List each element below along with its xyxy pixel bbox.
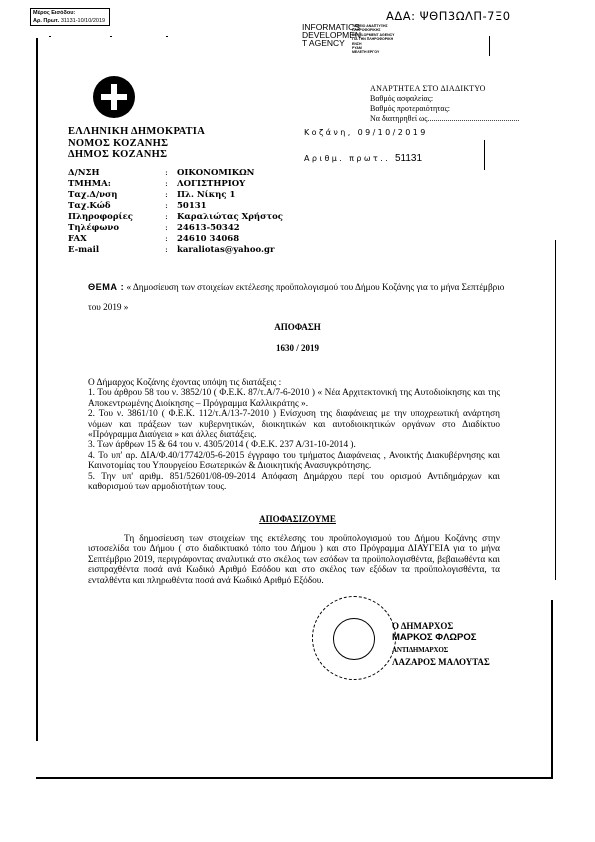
publication-title: ΑΝΑΡΤΗΤΕΑ ΣΤΟ ΔΙΑΔΙΚΤΥΟ	[370, 84, 519, 94]
contact-label: ΤΜΗΜΑ:	[68, 179, 165, 190]
resolution-title: ΑΠΟΦΑΣΙΖΟΥΜΕ	[40, 514, 555, 524]
contact-label: FAX	[68, 234, 165, 245]
agency-small-line: ΜΕΛΕΤΗ ΕΡΓΟΥ	[352, 50, 394, 54]
margin-mark	[484, 140, 485, 170]
margin-mark	[489, 36, 490, 56]
contact-row: FAX:24610 34068	[68, 234, 283, 245]
tick-mark	[166, 36, 168, 37]
agency-small-text: ΤΑΜΕΙΟ ΑΝΑΠΤΥΞΗΣ ΠΛΗΡΟΦΟΡΙΚΗΣ DEVELOPMEN…	[352, 24, 394, 55]
considerations-intro: Ο Δήμαρχος Κοζάνης έχοντας υπόψη τις δια…	[88, 378, 500, 388]
contact-label: Δ/ΝΣΗ	[68, 168, 165, 179]
mayor-name: ΛΑΖΑΡΟΣ ΜΑΛΟΥΤΑΣ	[392, 656, 490, 668]
retention: Να διατηρηθεί ως........................…	[370, 114, 519, 124]
contact-row: Δ/ΝΣΗ:ΟΙΚΟΝΟΜΙΚΩΝ	[68, 168, 283, 179]
contact-value: karaliotas@yahoo.gr	[177, 245, 274, 256]
registry-number: Αρ. Πρωτ. 31131-10/10/2019	[33, 17, 107, 25]
date-line: Κοζάνη, 09/10/2019	[304, 128, 428, 137]
contact-value: ΟΙΚΟΝΟΜΙΚΩΝ	[177, 168, 254, 179]
deputy-role: ΑΝΤΙΔΗΜΑΡΧΟΣ	[392, 644, 490, 656]
contact-row: Πληροφορίες:Καραλιώτας Χρήστος	[68, 212, 283, 223]
contact-row: Ταχ.Κώδ:50131	[68, 201, 283, 212]
contact-label: Ταχ.Κώδ	[68, 201, 165, 212]
subject: ΘΕΜΑ : « Δημοσίευση των στοιχείων εκτέλε…	[88, 277, 518, 317]
priority-level: Βαθμός προτεραιότητας:	[370, 104, 519, 114]
deputy-name: ΜΑΡΚΟΣ ΦΛΩΡΟΣ	[392, 632, 490, 644]
consideration-item: 1. Του άρθρου 58 του ν. 3852/10 ( Φ.Ε.Κ.…	[88, 388, 500, 409]
contact-row: Τηλέφωνο:24613-50342	[68, 223, 283, 234]
agency-small-line: ΓΙΑ ΤΗΝ ΠΛΗΡΟΦΟΡΙΚΗ	[352, 37, 394, 41]
publication-block: ΑΝΑΡΤΗΤΕΑ ΣΤΟ ΔΙΑΔΙΚΤΥΟ Βαθμός ασφαλείας…	[370, 84, 519, 124]
contact-label: Ταχ.Δ/νση	[68, 190, 165, 201]
seal-emblem-icon	[333, 618, 375, 660]
contact-label: Τηλέφωνο	[68, 223, 165, 234]
contact-info: Δ/ΝΣΗ:ΟΙΚΟΝΟΜΙΚΩΝ ΤΜΗΜΑ::ΛΟΓΙΣΤΗΡΙΟΥ Ταχ…	[68, 168, 283, 256]
tick-mark	[49, 36, 51, 37]
frame-line-right-upper	[555, 240, 556, 580]
security-level: Βαθμός ασφαλείας:	[370, 94, 519, 104]
frame-line-bottom	[36, 777, 552, 779]
signature-block: Ο ΔΗΜΑΡΧΟΣ ΜΑΡΚΟΣ ΦΛΩΡΟΣ ΑΝΤΙΔΗΜΑΡΧΟΣ ΛΑ…	[392, 620, 490, 668]
municipality-name: ΔΗΜΟΣ ΚΟΖΑΝΗΣ	[68, 149, 205, 161]
contact-row: E-mail:karaliotas@yahoo.gr	[68, 245, 283, 256]
contact-value: 24613-50342	[177, 223, 240, 234]
protocol-number: 51131	[395, 153, 422, 164]
contact-label: Πληροφορίες	[68, 212, 165, 223]
contact-value: 24610 34068	[177, 234, 239, 245]
frame-line-left	[36, 38, 38, 741]
resolution-text: Τη δημοσίευση των στοιχείων της εκτέλεση…	[88, 534, 500, 586]
contact-row: ΤΜΗΜΑ::ΛΟΓΙΣΤΗΡΙΟΥ	[68, 179, 283, 190]
contact-value: ΛΟΓΙΣΤΗΡΙΟΥ	[177, 179, 245, 190]
country-name: ΕΛΛΗΝΙΚΗ ΔΗΜΟΚΡΑΤΙΑ	[68, 126, 205, 138]
consideration-item: 2. Του ν. 3861/10 ( Φ.Ε.Κ. 112/τ.Α/13-7-…	[88, 409, 500, 440]
contact-value: 50131	[177, 201, 207, 212]
contact-row: Ταχ.Δ/νση:Πλ. Νίκης 1	[68, 190, 283, 201]
subject-label: ΘΕΜΑ :	[88, 282, 124, 292]
registry-stamp: Μέρος Εισόδου: Αρ. Πρωτ. 31131-10/10/201…	[30, 8, 110, 26]
consideration-item: 4. Το υπ' αρ. ΔΙΑ/Φ.40/17742/05-6-2015 έ…	[88, 451, 500, 472]
consideration-item: 5. Την υπ' αριθμ. 851/52601/08-09-2014 Α…	[88, 472, 500, 493]
contact-value: Πλ. Νίκης 1	[177, 190, 235, 201]
contact-label: E-mail	[68, 245, 165, 256]
ada-code: ΑΔΑ: ΨΘΠ3ΩΛΠ-7Ξ0	[386, 9, 511, 23]
prefecture-name: ΝΟΜΟΣ ΚΟΖΑΝΗΣ	[68, 138, 205, 150]
subject-text: « Δημοσίευση των στοιχείων εκτέλεσης προ…	[88, 282, 504, 312]
frame-line-right	[551, 600, 553, 779]
protocol-label: Αριθμ. πρωτ..	[304, 154, 390, 163]
decision-title: ΑΠΟΦΑΣΗ	[40, 322, 555, 332]
tick-mark	[110, 36, 112, 37]
considerations: Ο Δήμαρχος Κοζάνης έχοντας υπόψη τις δια…	[88, 378, 500, 492]
consideration-item: 3. Των άρθρων 15 & 64 του ν. 4305/2014 (…	[88, 440, 500, 450]
decision-number: 1630 / 2019	[40, 343, 555, 353]
issuer-header: ΕΛΛΗΝΙΚΗ ΔΗΜΟΚΡΑΤΙΑ ΝΟΜΟΣ ΚΟΖΑΝΗΣ ΔΗΜΟΣ …	[68, 126, 205, 161]
contact-value: Καραλιώτας Χρήστος	[177, 212, 283, 223]
protocol-line: Αριθμ. πρωτ.. 51131	[304, 153, 422, 164]
registry-label: Μέρος Εισόδου:	[33, 9, 107, 17]
greek-coat-of-arms-icon	[93, 76, 135, 118]
signature-role: Ο ΔΗΜΑΡΧΟΣ	[392, 620, 490, 632]
